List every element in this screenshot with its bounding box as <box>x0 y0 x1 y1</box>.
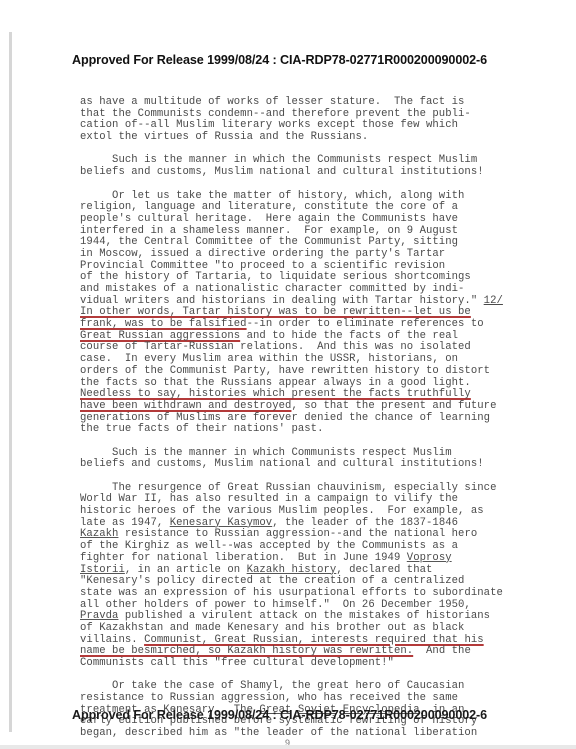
text-segment: The resurgence of Great Russian chauvini… <box>80 482 496 494</box>
page-bottom-edge <box>0 745 576 749</box>
text-segment: Such is the manner in which the Communis… <box>80 154 477 166</box>
text-segment: of the Kirghiz as well--was accepted by … <box>80 540 458 552</box>
text-segment: vidual writers and historians in dealing… <box>80 295 484 307</box>
paragraph: as have a multitude of works of lesser s… <box>80 97 550 144</box>
text-segment: in Moscow, issued a directive ordering t… <box>80 248 445 260</box>
text-segment: 1944, the Central Committee of the Commu… <box>80 236 458 248</box>
text-segment: state was an expression of his usurpatio… <box>80 587 503 599</box>
text-segment: and mistakes of a nationalistic characte… <box>80 283 464 295</box>
release-stamp-footer: Approved For Release 1999/08/24 : CIA-RD… <box>72 708 487 722</box>
red-underlined-text: Needless to say, histories which present… <box>80 388 471 400</box>
text-line: beliefs and customs, Muslim national and… <box>80 459 550 471</box>
text-segment: published a virulent attack on the mista… <box>118 610 490 622</box>
red-underlined-text: frank, was to be falsified <box>80 318 247 330</box>
text-segment: , in an article on <box>125 564 247 576</box>
footnote-ref: 12/ <box>484 295 503 307</box>
underlined-text: Kazakh history <box>247 564 337 576</box>
text-segment: as have a multitude of works of lesser s… <box>80 96 464 108</box>
document-body: as have a multitude of works of lesser s… <box>80 97 550 749</box>
underlined-text: Pravda <box>80 610 118 622</box>
red-underlined-text: Great Russian aggressions <box>80 330 240 342</box>
text-segment: the facts so that the Russians appear al… <box>80 377 471 389</box>
text-segment: , the leader of the 1837-1846 <box>272 517 458 529</box>
red-underlined-text: In other words, Tartar history was to be… <box>80 306 471 318</box>
text-segment: , declared that <box>336 564 432 576</box>
text-segment: of the history of Tartaria, to liquidate… <box>80 271 471 283</box>
text-segment: resistance to Russian aggression, who ha… <box>80 692 458 704</box>
underlined-text: Istorii <box>80 564 125 576</box>
text-line: began, described him as "the leader of t… <box>80 728 550 740</box>
text-segment: extol the virtues of Russia and the Russ… <box>80 131 368 143</box>
text-segment: Or take the case of Shamyl, the great he… <box>80 680 464 692</box>
text-segment: began, described him as "the leader of t… <box>80 727 477 739</box>
text-segment: beliefs and customs, Muslim national and… <box>80 166 484 178</box>
paragraph: Or let us take the matter of history, wh… <box>80 191 550 436</box>
underlined-text: Kazakh <box>80 528 118 540</box>
text-segment: cation of--all Muslim literary works exc… <box>80 119 458 131</box>
red-underlined-text: have been withdrawn and destroyed <box>80 400 291 412</box>
red-underlined-text: name be besmirched, so Kazakh history wa… <box>80 645 413 657</box>
text-segment: Or let us take the matter of history, wh… <box>80 190 464 202</box>
text-segment: people's cultural heritage. Here again t… <box>80 213 458 225</box>
text-segment: case. In every Muslim area within the US… <box>80 353 458 365</box>
text-segment: fighter for national liberation. But in … <box>80 552 407 564</box>
text-segment: --in order to eliminate references to <box>247 318 484 330</box>
text-segment: historic heroes of the various Muslim pe… <box>80 505 484 517</box>
underlined-text: Kenesary Kasymov <box>170 517 273 529</box>
text-line: the true facts of their nations' past. <box>80 424 550 436</box>
text-segment: Such is the manner in which Communists r… <box>80 447 452 459</box>
text-segment: generations of Muslims are forever denie… <box>80 412 490 424</box>
text-segment: "Kenesary's policy directed at the creat… <box>80 575 464 587</box>
paragraph: Such is the manner in which Communists r… <box>80 448 550 471</box>
text-segment: And the <box>413 645 471 657</box>
paragraph: Such is the manner in which the Communis… <box>80 155 550 178</box>
release-stamp-header: Approved For Release 1999/08/24 : CIA-RD… <box>72 53 487 67</box>
underlined-text: Voprosy <box>407 552 452 564</box>
text-segment: course of Tartar-Russian relations. And … <box>80 341 471 353</box>
paragraph: The resurgence of Great Russian chauvini… <box>80 483 550 670</box>
text-segment: Provincial Committee "to proceed to a sc… <box>80 260 445 272</box>
text-line: beliefs and customs, Muslim national and… <box>80 167 550 179</box>
text-line: Communists call this "free cultural deve… <box>80 658 550 670</box>
text-segment: orders of the Communist Party, have rewr… <box>80 365 490 377</box>
text-line: extol the virtues of Russia and the Russ… <box>80 132 550 144</box>
text-segment: the true facts of their nations' past. <box>80 423 323 435</box>
red-underlined-text: Communist, Great Russian, interests requ… <box>144 634 484 646</box>
text-segment: all other holders of power to himself." … <box>80 599 471 611</box>
text-segment: Communists call this "free cultural deve… <box>80 657 394 669</box>
text-segment: beliefs and customs, Muslim national and… <box>80 458 484 470</box>
text-segment: and to hide the facts of the real <box>240 330 458 342</box>
text-segment: villains. <box>80 634 144 646</box>
text-segment: resistance to Russian aggression--and th… <box>118 528 477 540</box>
text-segment: late as 1947, <box>80 517 170 529</box>
text-segment: World War II, has also resulted in a cam… <box>80 493 458 505</box>
text-segment: interfered in a shameless manner. For ex… <box>80 225 458 237</box>
text-segment: , so that the present and future <box>291 400 496 412</box>
scan-edge-bar <box>9 32 12 732</box>
text-segment: religion, language and literature, const… <box>80 201 458 213</box>
text-segment: that the Communists condemn--and therefo… <box>80 108 471 120</box>
text-segment: of Kazakhstan and made Kenesary and his … <box>80 622 464 634</box>
